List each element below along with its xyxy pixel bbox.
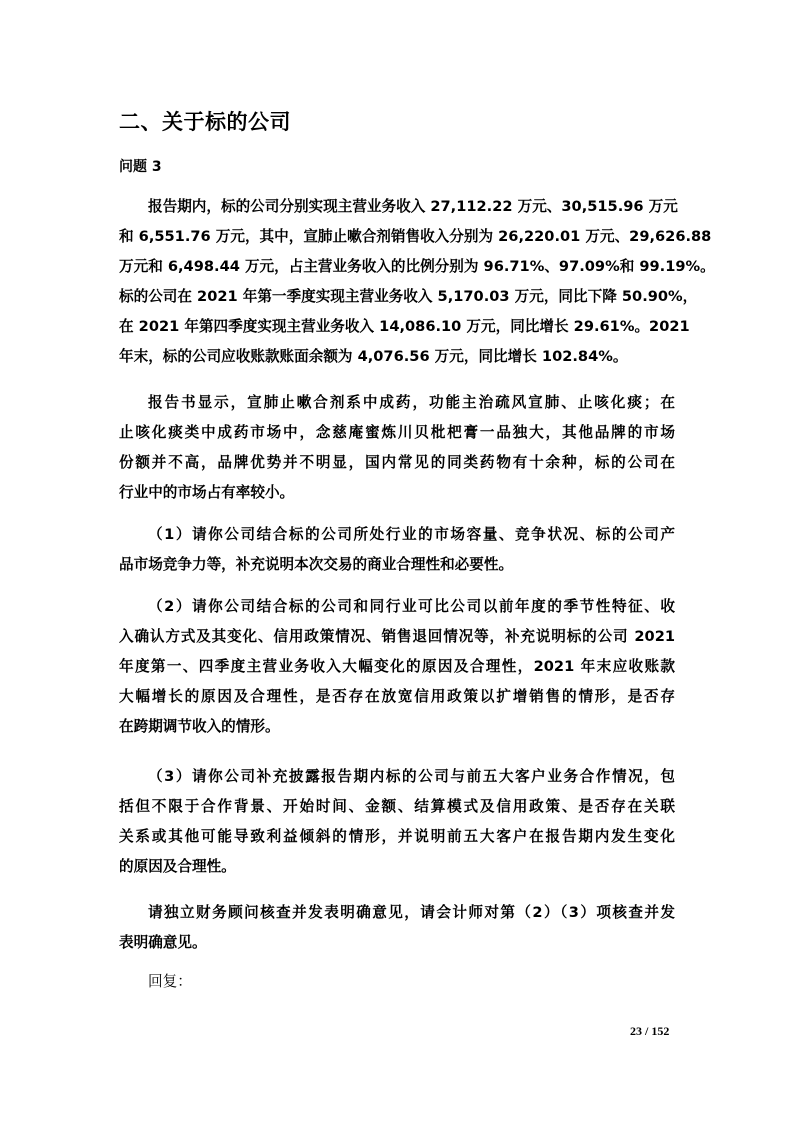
section-title: 二、关于标的公司 [119, 106, 291, 136]
paragraph-item-2: （2）请你公司结合标的公司和同行业可比公司以前年度的季节性特征、收 入确认方式及… [119, 592, 675, 742]
text-line: 品市场竞争力等，补充说明本次交易的商业合理性和必要性。 [119, 550, 675, 580]
text-line: 的原因及合理性。 [119, 852, 675, 882]
text-line: （1）请你公司结合标的公司所处行业的市场容量、竞争状况、标的公司产 [119, 520, 675, 550]
text-line: 入确认方式及其变化、信用政策情况、销售退回情况等，补充说明标的公司 2021 [119, 622, 675, 652]
text-line: 表明确意见。 [119, 928, 675, 958]
page-number: 23 / 152 [630, 1024, 669, 1039]
text-line: 在跨期调节收入的情形。 [119, 712, 675, 742]
text-line: 份额并不高，品牌优势并不明显，国内常见的同类药物有十余种，标的公司在 [119, 448, 675, 478]
text-line: 在 2021 年第四季度实现主营业务收入 14,086.10 万元，同比增长 2… [119, 312, 675, 342]
paragraph-item-1: （1）请你公司结合标的公司所处行业的市场容量、竞争状况、标的公司产 品市场竞争力… [119, 520, 675, 580]
paragraph-background: 报告期内，标的公司分别实现主营业务收入 27,112.22 万元、30,515.… [119, 192, 675, 372]
text-line: 标的公司在 2021 年第一季度实现主营业务收入 5,170.03 万元，同比下… [119, 282, 675, 312]
text-line: 止咳化痰类中成药市场中，念慈庵蜜炼川贝枇杷膏一品独大，其他品牌的市场 [119, 418, 675, 448]
question-title: 问题 3 [119, 156, 162, 176]
reply-label: 回复： [148, 970, 192, 991]
text-line: （2）请你公司结合标的公司和同行业可比公司以前年度的季节性特征、收 [119, 592, 675, 622]
text-line: 和 6,551.76 万元，其中，宣肺止嗽合剂销售收入分别为 26,220.01… [119, 222, 675, 252]
paragraph-report-info: 报告书显示，宣肺止嗽合剂系中成药，功能主治疏风宣肺、止咳化痰；在 止咳化痰类中成… [119, 388, 675, 508]
text-line: 报告期内，标的公司分别实现主营业务收入 27,112.22 万元、30,515.… [119, 192, 675, 222]
paragraph-request: 请独立财务顾问核查并发表明确意见，请会计师对第（2）（3）项核查并发 表明确意见… [119, 898, 675, 958]
text-line: 请独立财务顾问核查并发表明确意见，请会计师对第（2）（3）项核查并发 [119, 898, 675, 928]
text-line: 万元和 6,498.44 万元，占主营业务收入的比例分别为 96.71%、97.… [119, 252, 675, 282]
text-line: 关系或其他可能导致利益倾斜的情形，并说明前五大客户在报告期内发生变化 [119, 822, 675, 852]
text-line: （3）请你公司补充披露报告期内标的公司与前五大客户业务合作情况，包 [119, 762, 675, 792]
text-line: 行业中的市场占有率较小。 [119, 478, 675, 508]
text-line: 年末，标的公司应收账款账面余额为 4,076.56 万元，同比增长 102.84… [119, 342, 675, 372]
text-line: 括但不限于合作背景、开始时间、金额、结算模式及信用政策、是否存在关联 [119, 792, 675, 822]
paragraph-item-3: （3）请你公司补充披露报告期内标的公司与前五大客户业务合作情况，包 括但不限于合… [119, 762, 675, 882]
text-line: 大幅增长的原因及合理性，是否存在放宽信用政策以扩增销售的情形，是否存 [119, 682, 675, 712]
document-page: 二、关于标的公司 问题 3 报告期内，标的公司分别实现主营业务收入 27,112… [0, 0, 793, 1122]
text-line: 报告书显示，宣肺止嗽合剂系中成药，功能主治疏风宣肺、止咳化痰；在 [119, 388, 675, 418]
text-line: 年度第一、四季度主营业务收入大幅变化的原因及合理性，2021 年末应收账款 [119, 652, 675, 682]
